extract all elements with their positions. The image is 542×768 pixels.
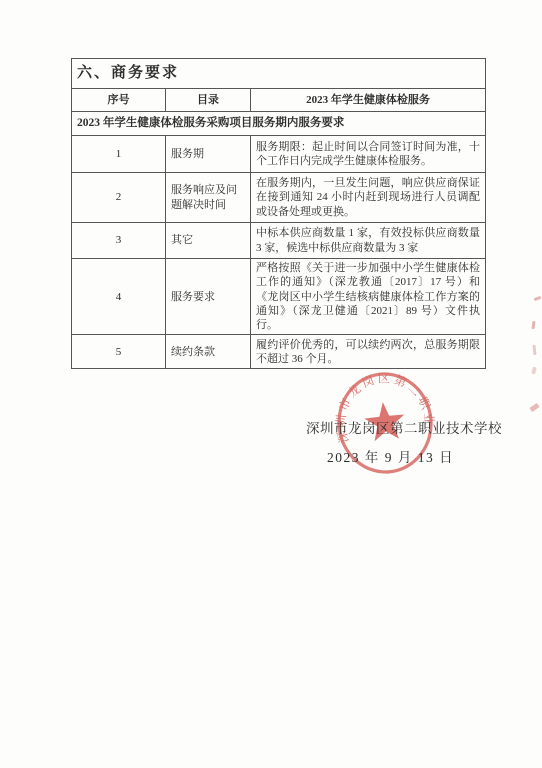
col-header-service: 2023 年学生健康体检服务 (251, 89, 486, 112)
col-header-seq: 序号 (72, 89, 166, 112)
section-title: 六、商务要求 (72, 59, 486, 89)
signature-org: 深圳市龙岗区第二职业技术学校 (306, 417, 502, 437)
row-number: 3 (72, 223, 166, 259)
table-row: 1 服务期 服务期限：起止时间以合同签订时间为准，十个工作日内完成学生健康体检服… (72, 136, 486, 173)
row-item: 服务要求 (166, 259, 251, 335)
row-content: 中标本供应商数量 1 家，有效投标供应商数量 3 家，候选中标供应商数量为 3 … (251, 223, 486, 259)
table-row: 4 服务要求 严格按照《关于进一步加强中小学生健康体检工作的通知》（深龙教通〔2… (72, 259, 486, 335)
col-header-catalog: 目录 (166, 89, 251, 112)
row-content: 严格按照《关于进一步加强中小学生健康体检工作的通知》（深龙教通〔2017〕17 … (251, 259, 486, 335)
row-item: 续约条款 (166, 335, 251, 369)
business-requirements-table: 六、商务要求 序号 目录 2023 年学生健康体检服务 2023 年学生健康体检… (71, 58, 486, 369)
table-row: 5 续约条款 履约评价优秀的，可以续约两次，总服务期限不超过 36 个月。 (72, 335, 486, 369)
row-number: 4 (72, 259, 166, 335)
row-item: 服务期 (166, 136, 251, 173)
row-content: 在服务期内，一旦发生问题，响应供应商保证在接到通知 24 小时内赶到现场进行人员… (251, 173, 486, 223)
row-content: 履约评价优秀的，可以续约两次，总服务期限不超过 36 个月。 (251, 335, 486, 369)
row-item: 服务响应及问题解决时间 (166, 173, 251, 223)
row-number: 5 (72, 335, 166, 369)
section-title-row: 六、商务要求 (72, 59, 486, 89)
span-row-text: 2023 年学生健康体检服务采购项目服务期内服务要求 (72, 112, 486, 136)
row-item: 其它 (166, 223, 251, 259)
document-page: 六、商务要求 序号 目录 2023 年学生健康体检服务 2023 年学生健康体检… (0, 0, 542, 768)
row-content: 服务期限：起止时间以合同签订时间为准，十个工作日内完成学生健康体检服务。 (251, 136, 486, 173)
edge-seal-fragment (524, 293, 542, 428)
signature-date: 2023 年 9 月 13 日 (327, 446, 454, 466)
row-number: 1 (72, 136, 166, 173)
table-row: 2 服务响应及问题解决时间 在服务期内，一旦发生问题，响应供应商保证在接到通知 … (72, 173, 486, 223)
row-number: 2 (72, 173, 166, 223)
table-header-row: 序号 目录 2023 年学生健康体检服务 (72, 89, 486, 112)
table-row: 3 其它 中标本供应商数量 1 家，有效投标供应商数量 3 家，候选中标供应商数… (72, 223, 486, 259)
span-row: 2023 年学生健康体检服务采购项目服务期内服务要求 (72, 112, 486, 136)
